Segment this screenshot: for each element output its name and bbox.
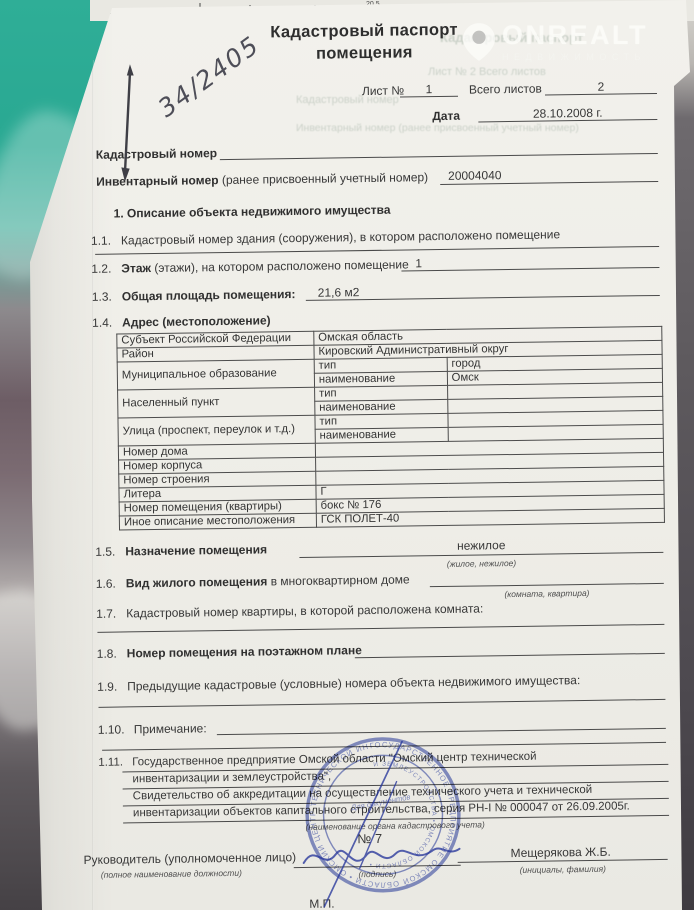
cadastral-number-underline	[220, 153, 658, 160]
date-label: Дата	[432, 109, 460, 123]
item-1-6: 1.6.Вид жилого помещения в многоквартирн…	[96, 572, 410, 590]
cell-label: Улица (проспект, переулок и т.д.)	[118, 415, 315, 446]
item-1-5: 1.5.Назначение помещения	[95, 542, 267, 558]
item-1-1-underline	[95, 246, 659, 255]
item-1-2-value: 1	[415, 256, 422, 270]
head-label: Руководитель (уполномоченное лицо)	[84, 850, 297, 867]
item-1-10: 1.10.Примечание:	[98, 721, 207, 737]
item-1-2: 1.2.Этаж (этажи), на котором расположено…	[91, 257, 409, 275]
address-table: Субъект Российской ФедерацииОмская облас…	[116, 326, 665, 531]
head-caption: (полное наименование должности)	[101, 868, 242, 880]
item-1-5-caption: (жилое, нежилое)	[299, 556, 663, 571]
sheet-value: 1	[400, 82, 458, 97]
document-content: Кадастровый паспорт помещения Лист № 1 В…	[0, 0, 694, 910]
watermark: ONREALT НЕДВИЖИМОСТЬ	[462, 20, 648, 64]
item-1-3-value: 21,6 м2	[318, 285, 360, 300]
cell-label: Населенный пункт	[118, 387, 315, 418]
total-sheets-label: Всего листов	[469, 82, 542, 97]
item-1-8: 1.8.Номер помещения на поэтажном плане	[97, 643, 362, 661]
watermark-subtitle: НЕДВИЖИМОСТЬ	[502, 52, 648, 62]
item-1-1: 1.1.Кадастровый номер здания (сооружения…	[91, 227, 560, 248]
cell-label: Иное описание местоположения	[119, 513, 316, 530]
signature-ink-icon	[274, 728, 486, 910]
item-1-4: 1.4.Адрес (местоположение)	[92, 313, 271, 329]
item-1-7: 1.7.Кадастровый номер квартиры, в которо…	[96, 601, 483, 620]
item-1-3: 1.3.Общая площадь помещения:	[92, 287, 296, 304]
cell-label: Муниципальное образование	[117, 359, 314, 390]
head-name-value: Мещерякова Ж.Б.	[510, 845, 610, 860]
photo-canvas: 20,5 Кадастровый паспорт Лист № 2 Всего …	[0, 0, 694, 910]
item-1-6-caption: (комната, квартира)	[430, 587, 664, 600]
sheet-label: Лист №	[362, 83, 404, 98]
item-1-9-underline	[98, 699, 665, 708]
cadastral-number-label: Кадастровый номер	[96, 146, 217, 162]
name-underline	[458, 859, 668, 863]
total-sheets-value: 2	[545, 79, 657, 95]
section1-title: 1. Описание объекта недвижимого имуществ…	[114, 203, 391, 221]
name-caption: (инициалы, фамилия)	[458, 863, 668, 876]
watermark-brand: ONREALT	[502, 20, 648, 51]
item-1-9: 1.9.Предыдущие кадастровые (условные) но…	[97, 673, 580, 694]
onrealt-pin-icon	[462, 20, 496, 64]
item-1-8-underline	[355, 653, 665, 658]
item-1-2-underline	[401, 267, 659, 272]
inventory-number-value: 20004040	[448, 168, 502, 183]
date-value: 28.10.2008 г.	[478, 105, 657, 121]
pen-stroke-icon	[116, 62, 146, 187]
item-1-7-underline	[97, 624, 664, 633]
